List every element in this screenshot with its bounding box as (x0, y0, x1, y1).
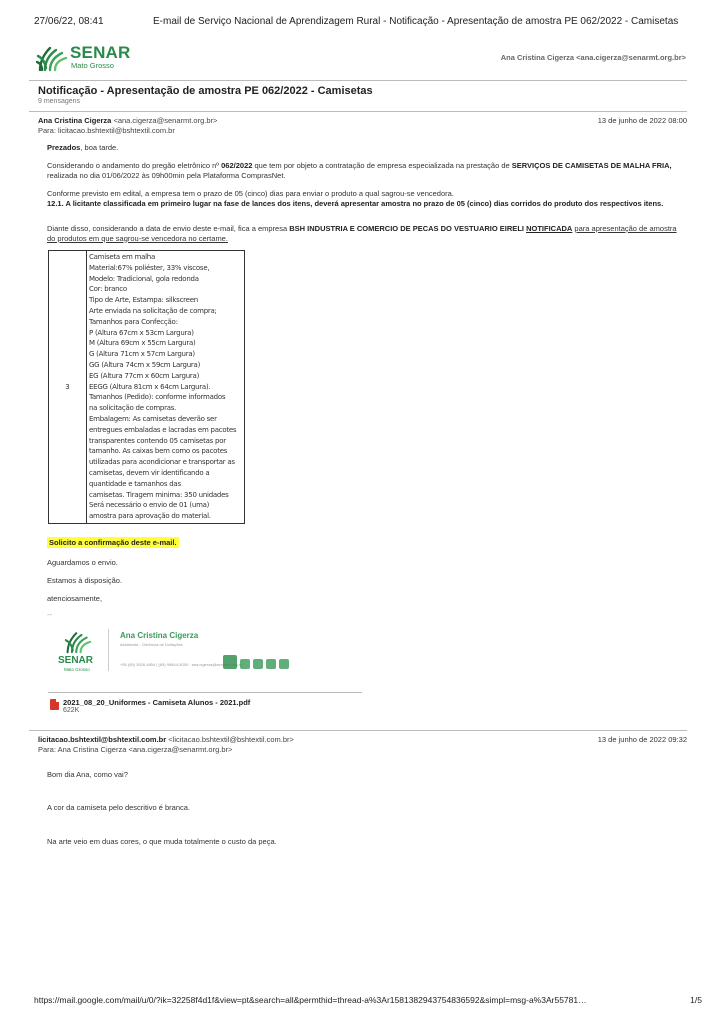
message-date: 13 de junho de 2022 08:00 (598, 116, 687, 125)
spec-line: Modelo: Tradicional, gola redonda (89, 274, 242, 285)
text: Diante disso, considerando a data de env… (47, 224, 289, 233)
message-line: Bom dia Ana, como vai? (47, 770, 128, 779)
spec-line: Cor: branco (89, 284, 242, 295)
text: Conforme previsto em edital, a empresa t… (47, 189, 454, 198)
spec-line: na solicitação de compras. (89, 403, 242, 414)
text: Considerando o andamento do pregão eletr… (47, 161, 221, 170)
text-bold: 12.1. A licitante classificada em primei… (47, 199, 663, 208)
senar-leaf-logo-icon (64, 628, 92, 654)
print-title: E-mail de Serviço Nacional de Aprendizag… (153, 16, 678, 27)
table-row: 3 Camiseta em malhaMaterial:67% poliéste… (49, 251, 245, 524)
closing-line: Aguardamos o envio. (47, 558, 118, 567)
logo-subtitle: Mato Grosso (71, 61, 114, 70)
signature-separator: -- (47, 610, 52, 619)
recipient: Para: licitacao.bshtextil@bshtextil.com.… (38, 126, 687, 135)
spec-line: Será necessário o envio de 01 (uma) (89, 500, 242, 511)
spec-line: tamanho. As caixas bem como os pacotes (89, 446, 242, 457)
page-url: https://mail.google.com/mail/u/0/?ik=322… (34, 995, 587, 1005)
divider (29, 730, 687, 731)
sender-email: <ana.cigerza@senarmt.org.br> (113, 116, 217, 125)
recipient: Para: Ana Cristina Cigerza <ana.cigerza@… (38, 745, 687, 754)
spec-line: Arte enviada na solicitação de compra; (89, 306, 242, 317)
closing-line: Estamos à disposição. (47, 576, 122, 585)
message-line: Na arte veio em duas cores, o que muda t… (47, 837, 277, 846)
attachment-divider (48, 692, 362, 693)
attachment-size: 622K (63, 707, 79, 714)
spec-line: transparentes contendo 05 camisetas por (89, 436, 242, 447)
sender-name: licitacao.bshtextil@bshtextil.com.br (38, 735, 166, 744)
spec-line: entregues embaladas e lacradas em pacote… (89, 425, 242, 436)
email-signature: SENAR Mato Grosso Ana Cristina Cigerza A… (58, 625, 298, 675)
spec-line: Tipo de Arte, Estampa: silkscreen (89, 295, 242, 306)
print-timestamp: 27/06/22, 08:41 (34, 16, 104, 27)
signature-role: Assistente - Gerência de Licitações (120, 642, 183, 647)
sender-name: Ana Cristina Cigerza (38, 116, 111, 125)
text: realizada no dia 01/06/2022 às 09h00min … (47, 171, 285, 180)
greeting-bold: Prezados (47, 143, 80, 152)
spec-line: Tamanhos para Confecção: (89, 317, 242, 328)
message-date: 13 de junho de 2022 09:32 (598, 735, 687, 744)
senar-logo: SENAR Mato Grosso (36, 42, 136, 72)
cna-logo-icon (223, 655, 237, 669)
partner-logos (223, 655, 289, 669)
pdf-file-icon (50, 699, 59, 710)
spec-line: amostra para aprovação do material. (89, 511, 242, 522)
spec-table: 3 Camiseta em malhaMaterial:67% poliéste… (48, 250, 245, 524)
signature-logo-name: SENAR (58, 655, 93, 666)
partner-logo-icon (240, 659, 250, 669)
spec-line: Embalagem: As camisetas deverão ser (89, 414, 242, 425)
spec-line: EEGG (Altura 81cm x 64cm Largura). (89, 382, 242, 393)
message-line: A cor da camiseta pelo descritivo é bran… (47, 803, 190, 812)
page-number: 1/5 (690, 995, 702, 1005)
spec-line: Tamanhos (Pedido): conforme informados (89, 392, 242, 403)
partner-logo-icon (279, 659, 289, 669)
senar-leaf-logo-icon (36, 42, 68, 72)
spec-line: P (Altura 67cm x 53cm Largura) (89, 328, 242, 339)
greeting-rest: , boa tarde. (80, 143, 118, 152)
paragraph-2: Conforme previsto em edital, a empresa t… (47, 189, 684, 208)
signature-person: Ana Cristina Cigerza (120, 631, 198, 640)
partner-logo-icon (266, 659, 276, 669)
closing-line: atenciosamente, (47, 594, 102, 603)
spec-line: Material:67% poliéster, 33% viscose, (89, 263, 242, 274)
text-bold: 062/2022 (221, 161, 252, 170)
attachment-name[interactable]: 2021_08_20_Uniformes - Camiseta Alunos -… (63, 698, 250, 707)
spec-line: GG (Altura 74cm x 59cm Largura) (89, 360, 242, 371)
confirmation-request: Solicito a confirmação deste e-mail. (47, 537, 179, 548)
divider (29, 80, 687, 81)
paragraph-3: Diante disso, considerando a data de env… (47, 224, 684, 243)
greeting: Prezados, boa tarde. (47, 143, 684, 153)
paragraph-1: Considerando o andamento do pregão eletr… (47, 161, 684, 180)
spec-line: G (Altura 71cm x 57cm Largura) (89, 349, 242, 360)
spec-line: EG (Altura 77cm x 60cm Largura) (89, 371, 242, 382)
account-identity: Ana Cristina Cigerza <ana.cigerza@senarm… (501, 53, 686, 62)
text-bold-underlined: NOTIFICADA (526, 224, 572, 233)
spec-line: quantidade e tamanhos das (89, 479, 242, 490)
sender: Ana Cristina Cigerza <ana.cigerza@senarm… (38, 116, 687, 125)
spec-line: camisetas. Tiragem minima: 350 unidades (89, 490, 242, 501)
item-number: 3 (49, 251, 87, 524)
sender-email: <licitacao.bshtextil@bshtextil.com.br> (168, 735, 294, 744)
message-header: licitacao.bshtextil@bshtextil.com.br <li… (38, 735, 687, 754)
partner-logo-icon (253, 659, 263, 669)
message-header: Ana Cristina Cigerza <ana.cigerza@senarm… (38, 116, 687, 135)
logo-name: SENAR (70, 43, 131, 63)
spec-line: utilizadas para acondicionar e transport… (89, 457, 242, 468)
text-bold: BSH INDUSTRIA E COMERCIO DE PECAS DO VES… (289, 224, 524, 233)
text: que tem por objeto a contratação de empr… (252, 161, 511, 170)
signature-logo-subtitle: Mato Grosso (64, 667, 90, 672)
spec-line: M (Altura 69cm x 55cm Largura) (89, 338, 242, 349)
text-bold: SERVIÇOS DE CAMISETAS DE MALHA FRIA, (512, 161, 672, 170)
sender: licitacao.bshtextil@bshtextil.com.br <li… (38, 735, 687, 744)
divider (29, 111, 687, 112)
signature-divider (108, 629, 109, 671)
spec-line: camisetas, devem vir identificando a (89, 468, 242, 479)
item-description: Camiseta em malhaMaterial:67% poliéster,… (87, 251, 245, 524)
thread-subject: Notificação - Apresentação de amostra PE… (38, 85, 373, 97)
spec-line: Camiseta em malha (89, 252, 242, 263)
message-count: 9 mensagens (38, 98, 80, 105)
